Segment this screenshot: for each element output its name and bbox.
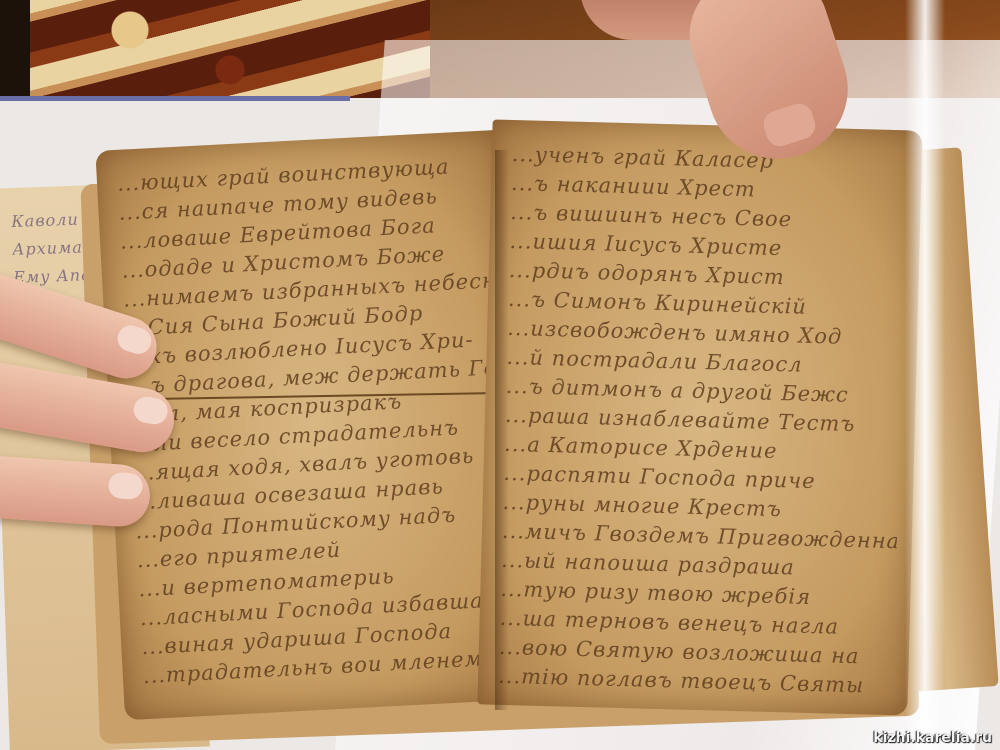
fingernail: [108, 472, 144, 500]
left-hand: [0, 285, 190, 545]
book-spine: [495, 150, 509, 710]
photo-scene: Каволи Архимандр Ему Апостол ... ...ющих…: [0, 0, 1000, 750]
fingernail: [114, 322, 154, 357]
right-hand: [580, 0, 870, 170]
watermark: kizhi.karelia.ru: [873, 730, 992, 746]
shadow-corner: [0, 0, 30, 110]
light-reflection: [905, 0, 945, 750]
thumbnail: [760, 100, 819, 150]
finger: [0, 453, 152, 528]
finger: [0, 357, 179, 457]
manuscript-right-page: ...ученъ грай Каласер ...ъ наканиии Хрес…: [477, 119, 922, 715]
thumb: [674, 0, 866, 177]
fingernail: [132, 395, 170, 427]
folder-blue-edge: [0, 96, 350, 101]
